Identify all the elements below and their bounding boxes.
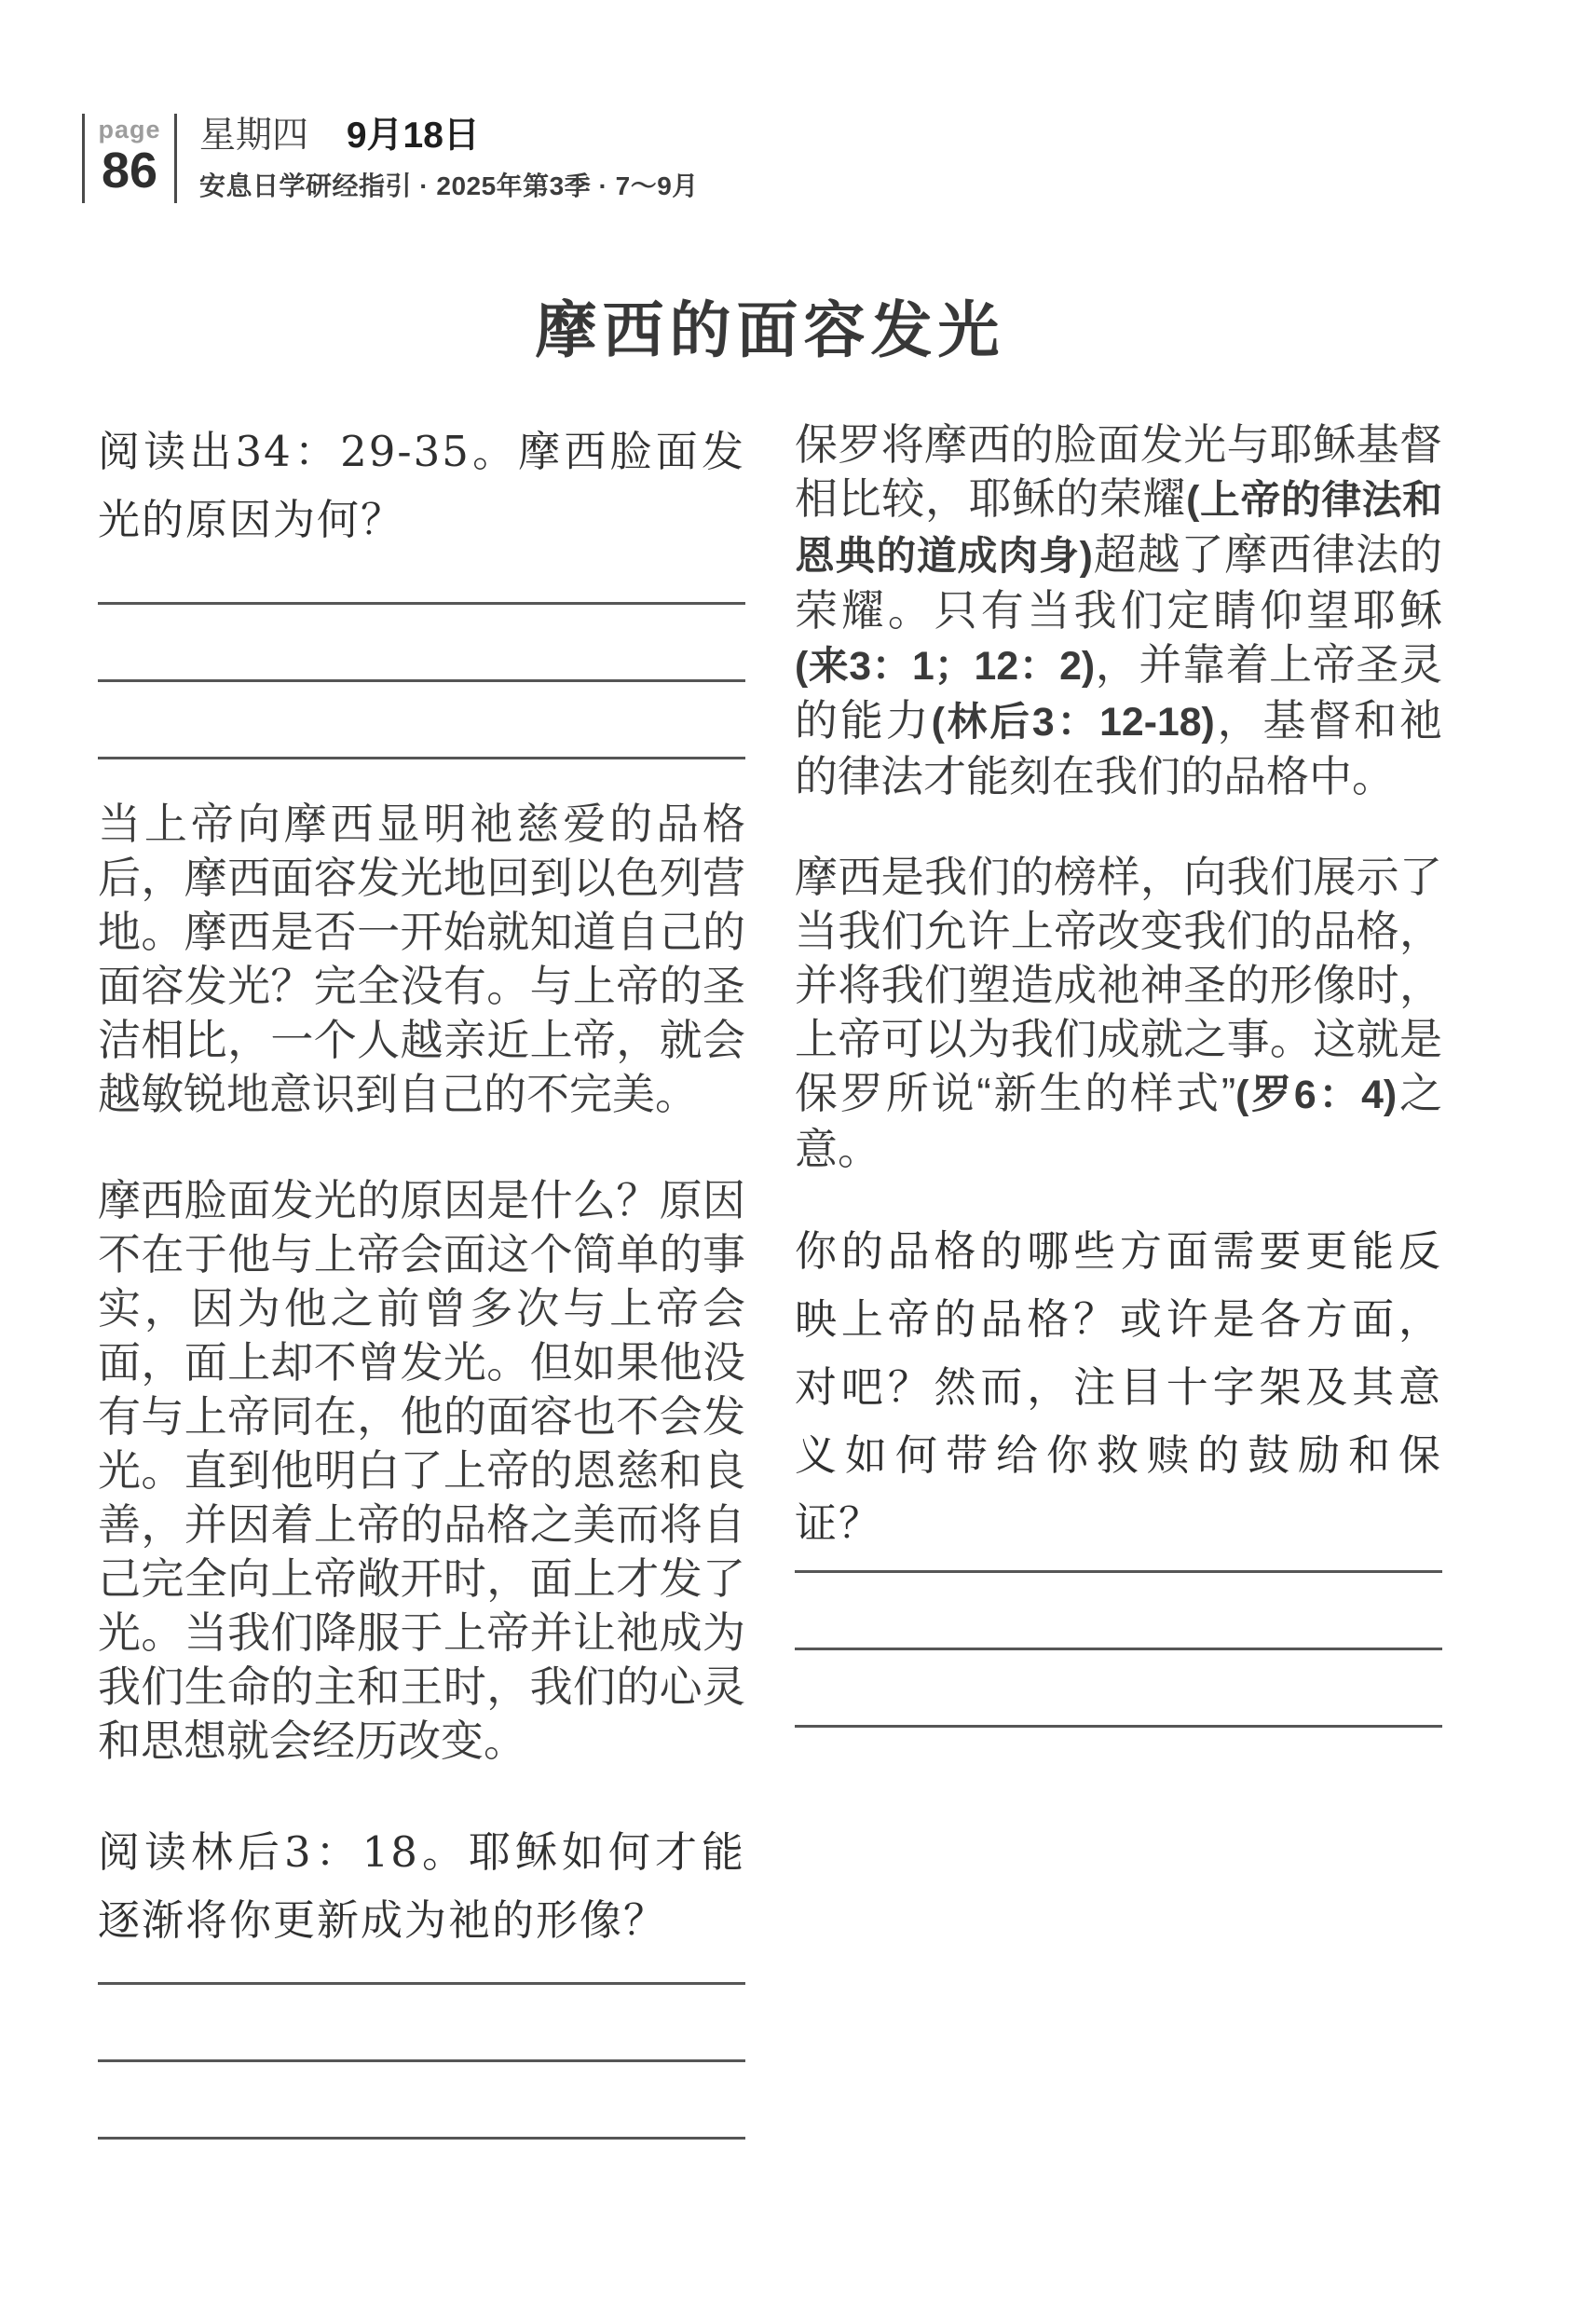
answer-lines-block-3 (795, 1570, 1442, 1728)
weekday-label: 星期四 (199, 116, 308, 156)
two-column-layout: 阅读出34：29-35。摩西脸面发光的原因为何？ 当上帝向摩西显明祂慈爱的品格后… (98, 417, 1442, 2140)
answer-line (795, 1648, 1442, 1650)
date-block: 星期四 9月18日 安息日学研经指引 · 2025年第3季 · 7～9月 (199, 114, 699, 203)
page-header: page 86 星期四 9月18日 安息日学研经指引 · 2025年第3季 · … (82, 114, 699, 203)
answer-line (795, 1725, 1442, 1728)
page-label: page (85, 116, 174, 144)
answer-lines-block-1 (98, 602, 745, 759)
question-2: 阅读林后3：18。耶稣如何才能逐渐将你更新成为祂的形像？ (98, 1818, 745, 1954)
date-line: 星期四 9月18日 (199, 116, 699, 157)
answer-line (98, 2059, 745, 2062)
study-guide-page: page 86 星期四 9月18日 安息日学研经指引 · 2025年第3季 · … (0, 0, 1596, 2311)
header-divider-right (174, 114, 177, 203)
page-title: 摩西的面容发光 (98, 294, 1442, 369)
right-paragraph-2: 摩西是我们的榜样，向我们展示了当我们允许上帝改变我们的品格，并将我们塑造成祂神圣… (795, 850, 1442, 1176)
answer-line (98, 2137, 745, 2140)
question-3: 你的品格的哪些方面需要更能反映上帝的品格？或许是各方面，对吧？然而，注目十字架及… (795, 1217, 1442, 1557)
date-label: 9月18日 (347, 116, 480, 156)
publication-line: 安息日学研经指引 · 2025年第3季 · 7～9月 (199, 166, 699, 203)
answer-line (98, 1982, 745, 1985)
question-1: 阅读出34：29-35。摩西脸面发光的原因为何？ (98, 417, 745, 554)
page-number-block: page 86 (85, 114, 174, 203)
answer-line (98, 757, 745, 759)
page-number: 86 (85, 144, 174, 198)
right-paragraph-1: 保罗将摩西的脸面发光与耶稣基督相比较，耶稣的荣耀(上帝的律法和恩典的道成肉身)超… (795, 417, 1442, 803)
answer-lines-block-2 (98, 1982, 745, 2140)
left-paragraph-2: 摩西脸面发光的原因是什么？原因不在于他与上帝会面这个简单的事实，因为他之前曾多次… (98, 1173, 745, 1768)
answer-line (98, 679, 745, 682)
answer-line (98, 602, 745, 605)
left-column: 阅读出34：29-35。摩西脸面发光的原因为何？ 当上帝向摩西显明祂慈爱的品格后… (98, 417, 745, 2140)
right-column: 保罗将摩西的脸面发光与耶稣基督相比较，耶稣的荣耀(上帝的律法和恩典的道成肉身)超… (795, 417, 1442, 1728)
answer-line (795, 1570, 1442, 1573)
left-paragraph-1: 当上帝向摩西显明祂慈爱的品格后，摩西面容发光地回到以色列营地。摩西是否一开始就知… (98, 797, 745, 1121)
